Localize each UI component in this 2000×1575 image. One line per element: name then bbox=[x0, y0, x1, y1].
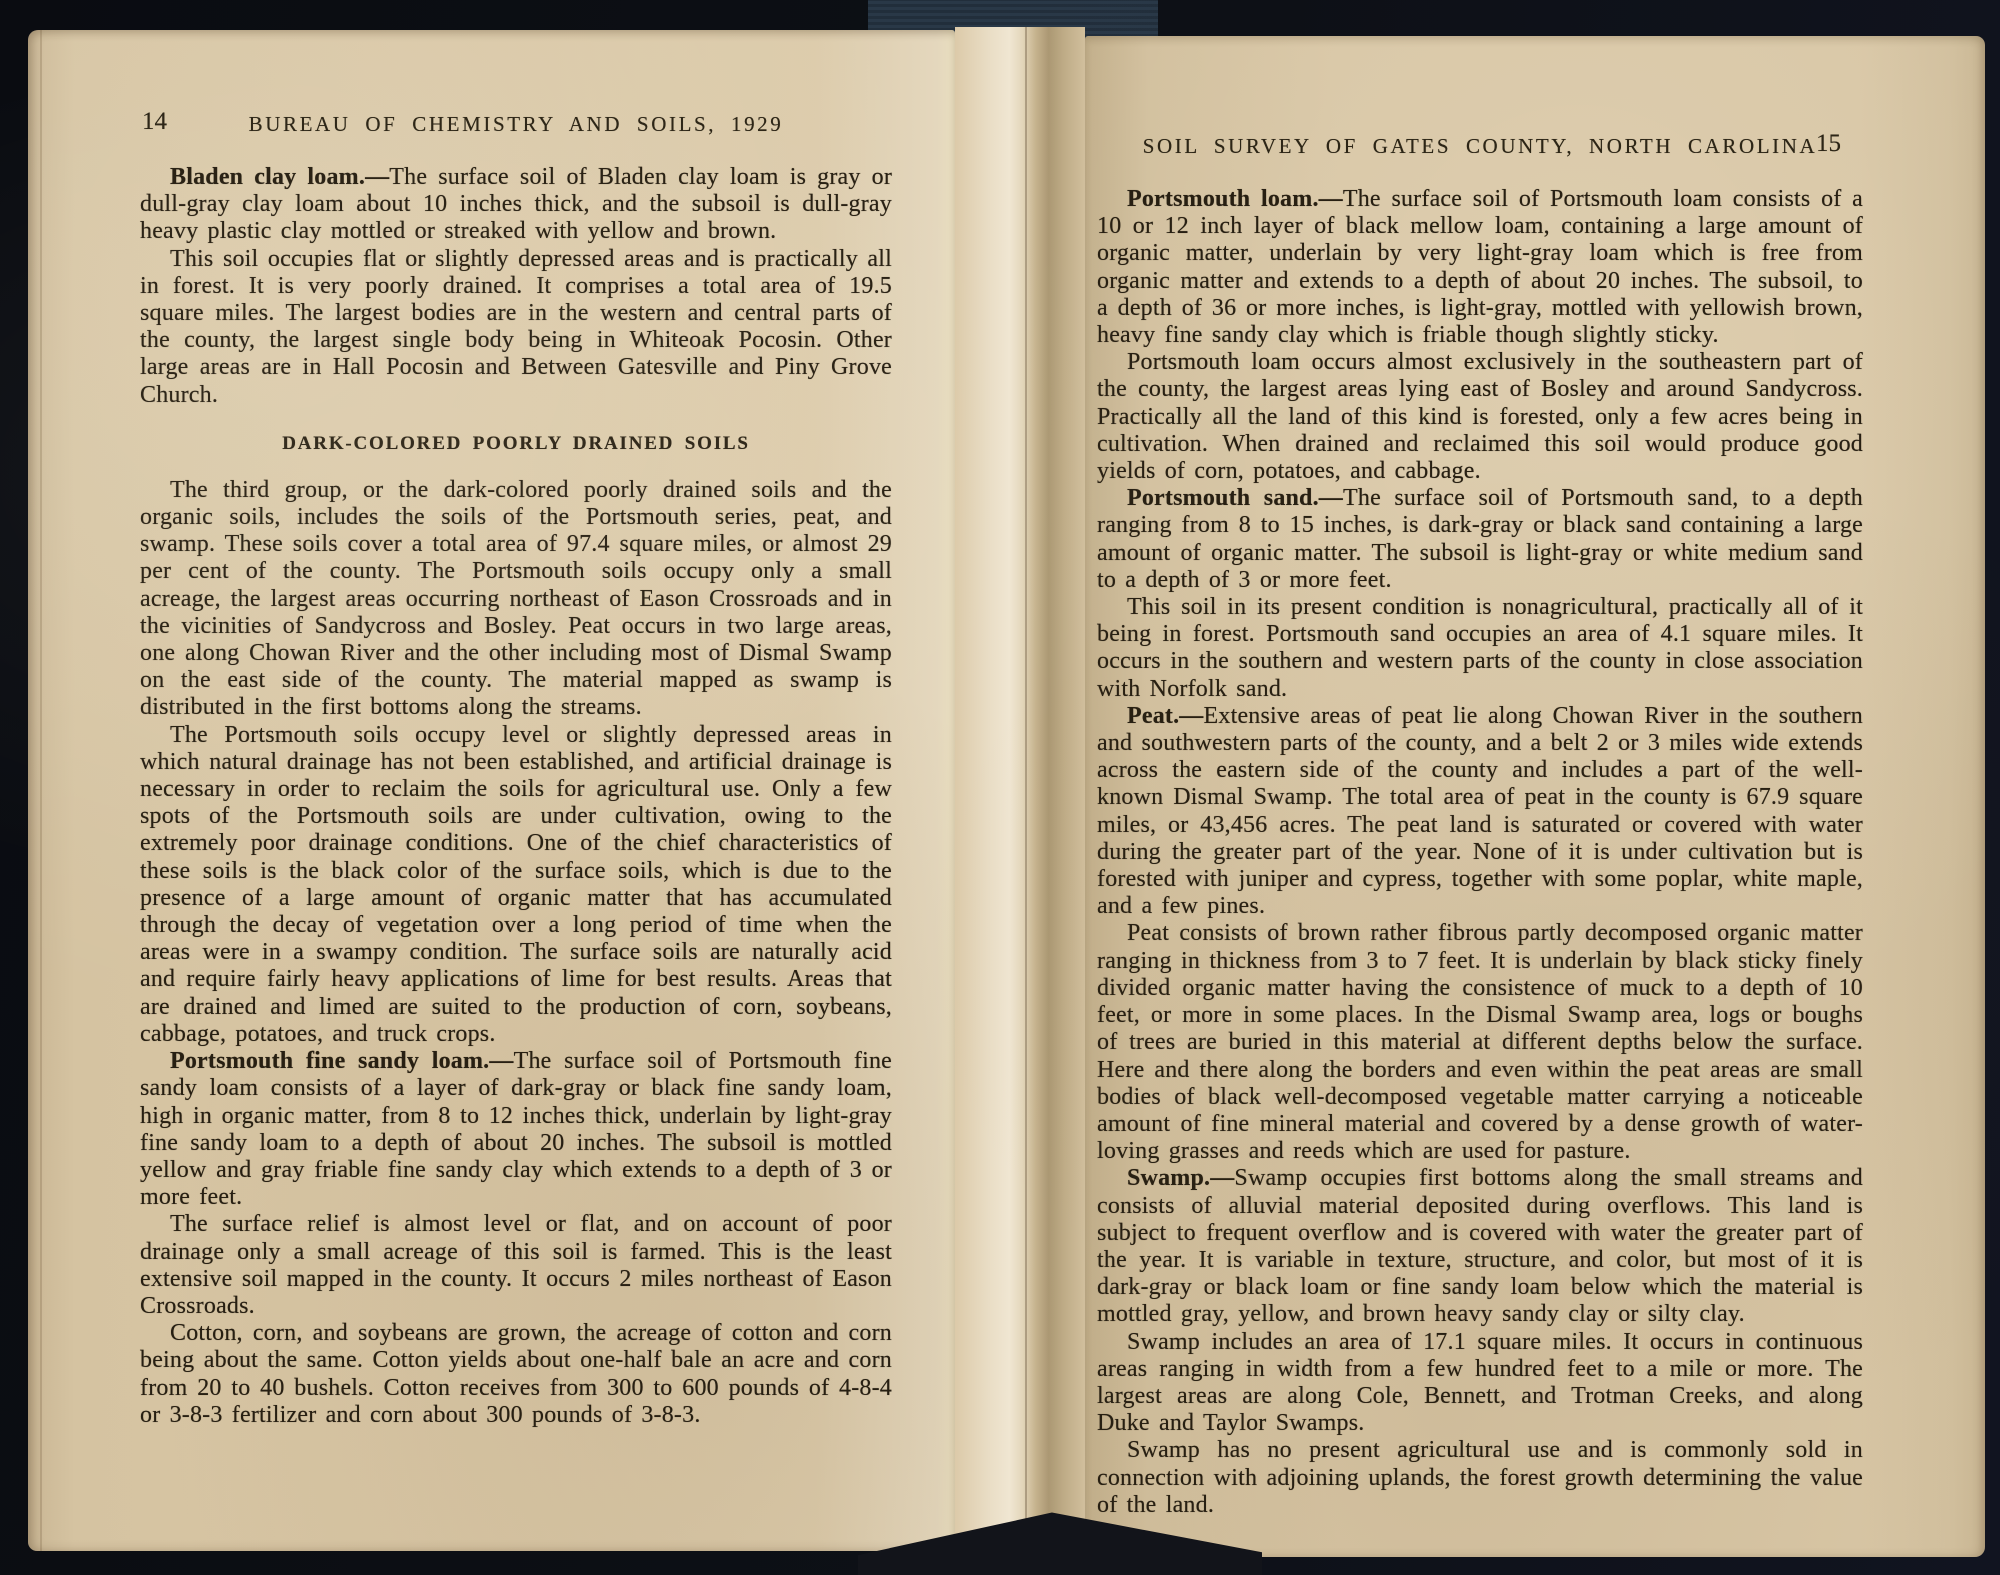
soil-type-lead: Portsmouth sand.— bbox=[1127, 485, 1343, 511]
paragraph: This soil in its present condition is no… bbox=[1097, 594, 1863, 703]
left-text-column: 14 BUREAU OF CHEMISTRY AND SOILS, 1929 B… bbox=[140, 112, 892, 1429]
section-heading: DARK-COLORED POORLY DRAINED SOILS bbox=[140, 433, 892, 455]
paragraph: Portsmouth loam.—The surface soil of Por… bbox=[1097, 186, 1863, 349]
paragraph: Portsmouth loam occurs almost exclusivel… bbox=[1097, 349, 1863, 485]
paragraph: Cotton, corn, and soybeans are grown, th… bbox=[140, 1320, 892, 1429]
right-page: SOIL SURVEY OF GATES COUNTY, NORTH CAROL… bbox=[1085, 36, 1985, 1557]
soil-type-lead: Swamp.— bbox=[1127, 1165, 1234, 1191]
running-header-left: BUREAU OF CHEMISTRY AND SOILS, 1929 bbox=[249, 112, 784, 136]
soil-type-lead: Bladen clay loam.— bbox=[170, 164, 389, 190]
soil-type-lead: Peat.— bbox=[1127, 703, 1204, 729]
left-page-body: Bladen clay loam.—The surface soil of Bl… bbox=[140, 164, 892, 1429]
book-spine-fold bbox=[955, 27, 1085, 1558]
paragraph: The Portsmouth soils occupy level or sli… bbox=[140, 722, 892, 1048]
soil-type-lead: Portsmouth loam.— bbox=[1127, 186, 1343, 212]
paragraph: Swamp includes an area of 17.1 square mi… bbox=[1097, 1329, 1863, 1438]
paragraph: Swamp has no present agricultural use an… bbox=[1097, 1437, 1863, 1519]
soil-type-lead: Portsmouth fine sandy loam.— bbox=[170, 1048, 514, 1074]
paragraph: Portsmouth fine sandy loam.—The surface … bbox=[140, 1048, 892, 1211]
paragraph: Swamp.—Swamp occupies first bottoms alon… bbox=[1097, 1165, 1863, 1328]
right-page-body: Portsmouth loam.—The surface soil of Por… bbox=[1097, 186, 1863, 1519]
paragraph: Bladen clay loam.—The surface soil of Bl… bbox=[140, 164, 892, 246]
paragraph: Portsmouth sand.—The surface soil of Por… bbox=[1097, 485, 1863, 594]
left-page: 14 BUREAU OF CHEMISTRY AND SOILS, 1929 B… bbox=[28, 30, 955, 1551]
book-scan: 14 BUREAU OF CHEMISTRY AND SOILS, 1929 B… bbox=[0, 0, 2000, 1575]
paragraph: The surface relief is almost level or fl… bbox=[140, 1211, 892, 1320]
running-header-right: SOIL SURVEY OF GATES COUNTY, NORTH CAROL… bbox=[1143, 134, 1818, 158]
page-number-right: 15 bbox=[1816, 130, 1841, 158]
paragraph: Peat.—Extensive areas of peat lie along … bbox=[1097, 703, 1863, 921]
left-running-header-row: 14 BUREAU OF CHEMISTRY AND SOILS, 1929 bbox=[140, 112, 892, 137]
right-text-column: SOIL SURVEY OF GATES COUNTY, NORTH CAROL… bbox=[1097, 134, 1863, 1519]
paragraph: Peat consists of brown rather fibrous pa… bbox=[1097, 920, 1863, 1165]
paragraph: The third group, or the dark-colored poo… bbox=[140, 477, 892, 722]
page-number-left: 14 bbox=[142, 108, 167, 136]
paragraph: This soil occupies flat or slightly depr… bbox=[140, 246, 892, 409]
right-running-header-row: SOIL SURVEY OF GATES COUNTY, NORTH CAROL… bbox=[1097, 134, 1863, 159]
